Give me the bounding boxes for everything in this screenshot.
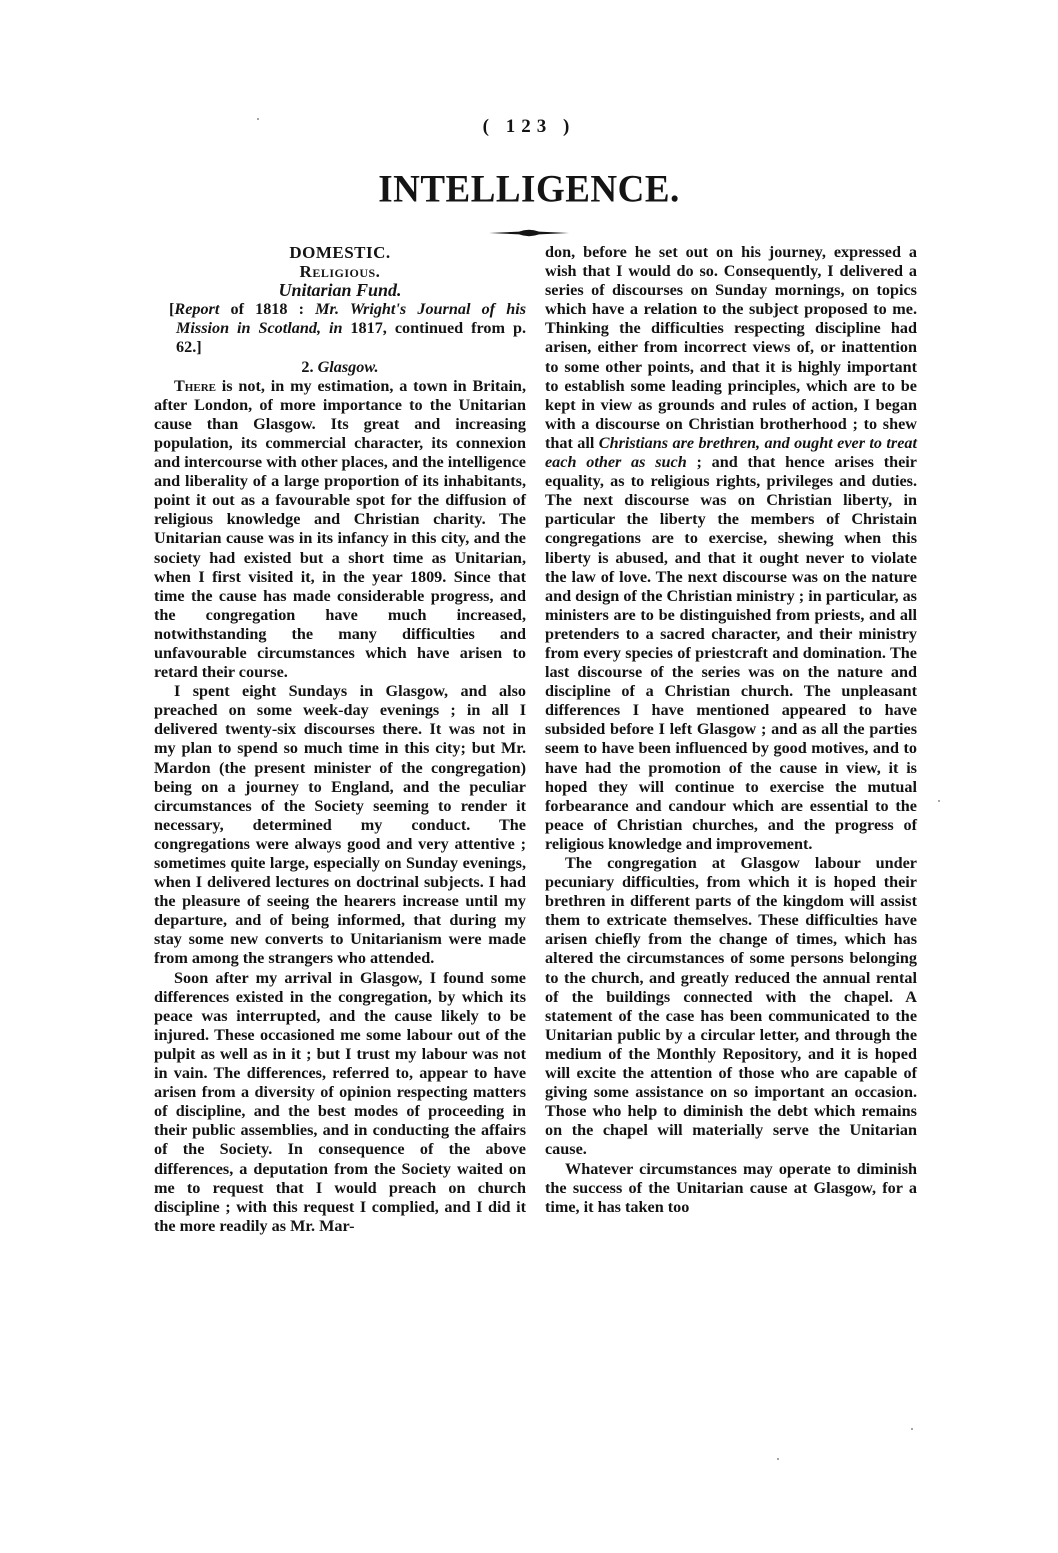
heading-unitarian-fund: Unitarian Fund. bbox=[154, 281, 526, 300]
subheading-place: Glasgow. bbox=[318, 358, 379, 376]
paragraph-2: I spent eight Sundays in Glasgow, and al… bbox=[154, 682, 526, 968]
paragraph-lead: There bbox=[174, 377, 216, 395]
page-number: ( 123 ) bbox=[0, 116, 1058, 138]
scan-speck bbox=[257, 118, 259, 120]
heading-religious: Religious. bbox=[154, 262, 526, 281]
heading-domestic: DOMESTIC. bbox=[154, 243, 526, 262]
report-note: [Report of 1818 : Mr. Wright's Journal o… bbox=[154, 300, 526, 357]
scan-speck bbox=[938, 800, 940, 802]
paragraph-whatever: Whatever circumstances may operate to di… bbox=[545, 1160, 917, 1217]
paragraph-3: Soon after my arrival in Glasgow, I foun… bbox=[154, 969, 526, 1236]
paragraph-congregation: The congregation at Glasgow labour under… bbox=[545, 854, 917, 1160]
divider-ornament-icon bbox=[489, 228, 569, 238]
scan-speck bbox=[777, 1458, 779, 1460]
journal-year: 1817, bbox=[342, 319, 386, 337]
subheading-number: 2. bbox=[301, 358, 317, 376]
right-column: don, before he set out on his journey, e… bbox=[545, 243, 917, 1217]
scan-speck bbox=[911, 1428, 913, 1430]
left-column: DOMESTIC. Religious. Unitarian Fund. [Re… bbox=[154, 243, 526, 1236]
paragraph-text: is not, in my estimation, a town in Brit… bbox=[154, 377, 526, 681]
paragraph-text: don, before he set out on his journey, e… bbox=[545, 243, 917, 452]
report-year: of 1818 : bbox=[219, 300, 315, 318]
subheading-glasgow: 2. Glasgow. bbox=[154, 358, 526, 377]
report-label: Report bbox=[174, 300, 219, 318]
paragraph-continuation: don, before he set out on his journey, e… bbox=[545, 243, 917, 854]
paragraph-1: There is not, in my estimation, a town i… bbox=[154, 377, 526, 683]
paragraph-text: ; and that hence arises their equality, … bbox=[545, 453, 917, 853]
section-title: INTELLIGENCE. bbox=[0, 167, 1058, 212]
